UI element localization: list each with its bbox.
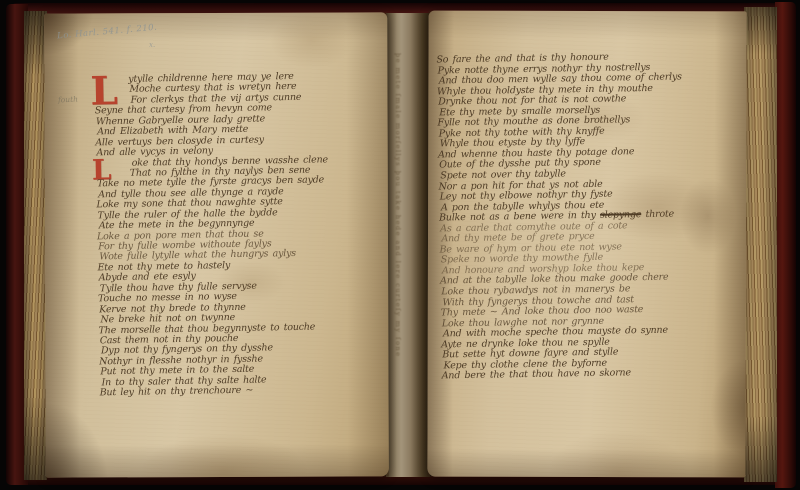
manuscript-line: But ley hit on thy trenchoure ~ [100, 384, 382, 399]
book-gutter: þe mete ſmale morſellys þou take hede an… [386, 13, 430, 477]
book-binding-right [775, 2, 796, 488]
manuscript-page-left: LLytylle childrenne here may ye lereMoch… [44, 12, 389, 477]
book-binding-bottom [24, 476, 776, 485]
manuscript-page-right: So fare the and that is thy honourePyke … [427, 11, 746, 478]
manuscript-line: And bere the that thou have no skorne [442, 367, 738, 382]
page-edges-right-stack [744, 7, 777, 482]
pencil-margin-note: fouth [58, 94, 78, 104]
manuscript-photo: þe mete ſmale morſellys þou take hede an… [0, 0, 800, 490]
pencil-mark: x. [149, 41, 155, 49]
right-page-text-block: So fare the and that is thy honourePyke … [436, 51, 737, 383]
gutter-showthrough-text: þe mete ſmale morſellys þou take hede an… [394, 53, 402, 453]
left-page-text-block: LLytylle childrenne here may ye lereMoch… [94, 70, 382, 398]
